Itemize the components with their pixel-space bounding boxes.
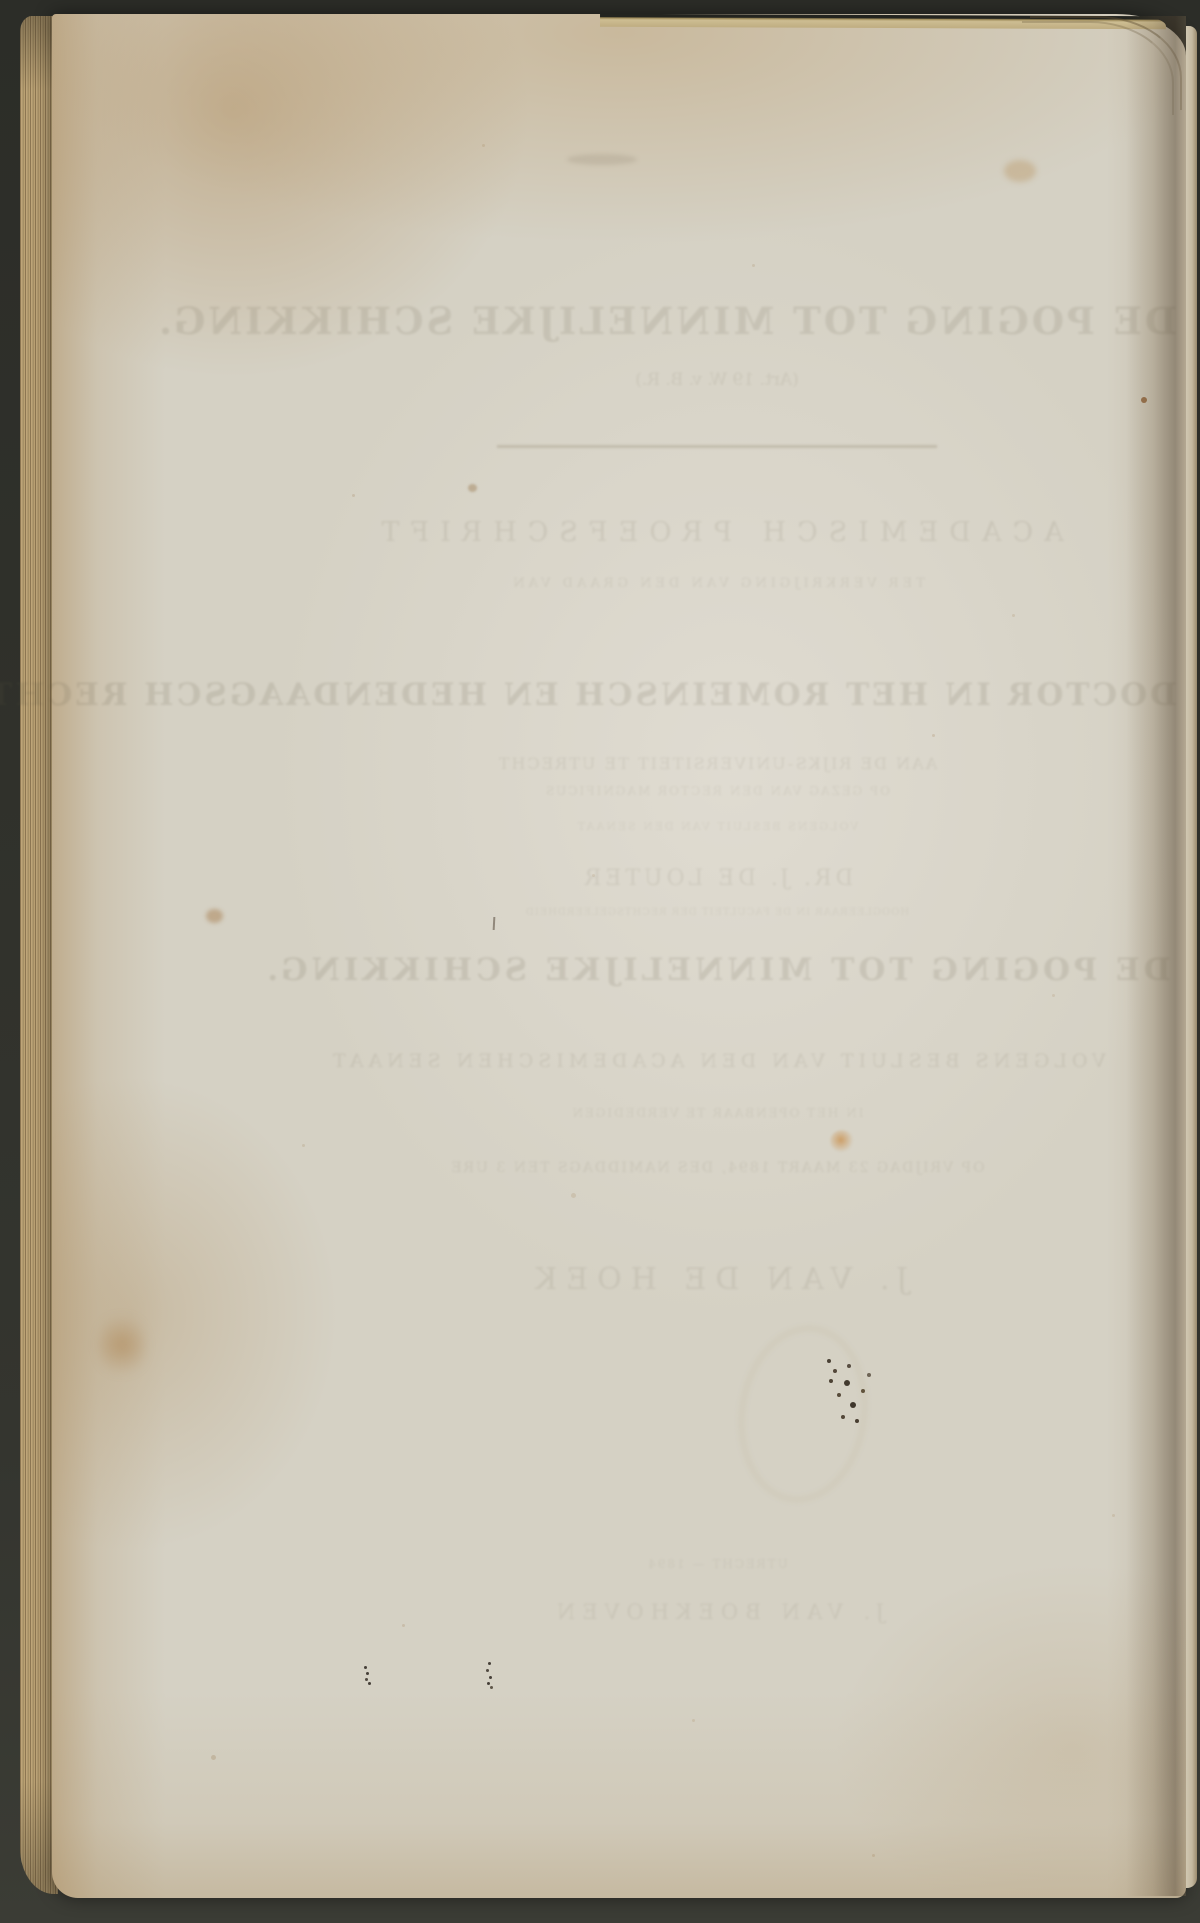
ghost-senate-line: VOLGENS BESLUIT VAN DEN ACADEMISCHEN SEN…	[257, 1050, 1177, 1072]
ghost-title-repeat: DE POGING TOT MINNELIJKE SCHIKKING.	[257, 952, 1177, 988]
ghost-graad-line: TER VERKRIJGING VAN DEN GRAAD VAN	[257, 576, 1177, 591]
ghost-printer-line: J. VAN BOEKHOVEN	[257, 1600, 1177, 1624]
ink-squiggle-left	[364, 1666, 367, 1669]
tan-stain-top-right	[1004, 160, 1036, 182]
scan-background: DE POGING TOT MINNELIJKE SCHIKKING. (Art…	[0, 0, 1200, 1923]
right-fold-shadow	[1126, 16, 1186, 1896]
ink-squiggle-right	[488, 1662, 491, 1665]
brown-smudge-left-edge	[98, 1309, 146, 1381]
ghost-title-top: DE POGING TOT MINNELIJKE SCHIKKING.	[257, 299, 1177, 343]
ghost-senaat-line: VOLGENS BESLUIT VAN DEN SENAAT	[257, 820, 1177, 833]
book-page: DE POGING TOT MINNELIJKE SCHIKKING. (Art…	[52, 14, 1186, 1898]
adjacent-page-sliver	[1186, 26, 1197, 1888]
ghost-university-line: AAN DE RIJKS-UNIVERSITEIT TE UTRECHT	[257, 754, 1177, 773]
ghost-text-layer: DE POGING TOT MINNELIJKE SCHIKKING. (Art…	[257, 14, 1177, 1898]
ghost-proefschrift: ACADEMISCH PROEFSCHRIFT	[257, 517, 1177, 548]
scattered-foxing-specks	[52, 14, 55, 17]
ghost-author-name: J. VAN DE HOEK	[257, 1262, 1177, 1297]
ghost-subtitle: (Art. 19 W. v. B. R.)	[257, 370, 1177, 390]
ghost-defence-line: IN HET OPENBAAR TE VERDEDIGEN	[257, 1106, 1177, 1120]
ghost-date-line: OP VRIJDAG 23 MAART 1894, DES NAMIDDAGS …	[257, 1160, 1177, 1176]
ghost-imprint-line: UTRECHT — 1894	[257, 1557, 1177, 1571]
foxing-dot-upper	[468, 484, 477, 492]
ghost-doctor-line: DOCTOR IN HET ROMEINSCH EN HEDENDAAGSCH …	[257, 677, 1177, 713]
ghost-rector-title: HOOGLEERAAR IN DE FACULTEIT DER RECHTSGE…	[257, 907, 1177, 918]
ghost-rule	[497, 445, 937, 448]
foxing-dot-left	[206, 909, 223, 923]
top-smudge	[567, 154, 637, 165]
ink-speck-cluster	[827, 1359, 831, 1363]
ghost-rector-line: OP GEZAG VAN DEN RECTOR MAGNIFICUS	[257, 784, 1177, 798]
orange-foxing-dot	[830, 1130, 854, 1152]
ghost-rector-name: DR. J. DE LOUTER	[257, 866, 1177, 891]
